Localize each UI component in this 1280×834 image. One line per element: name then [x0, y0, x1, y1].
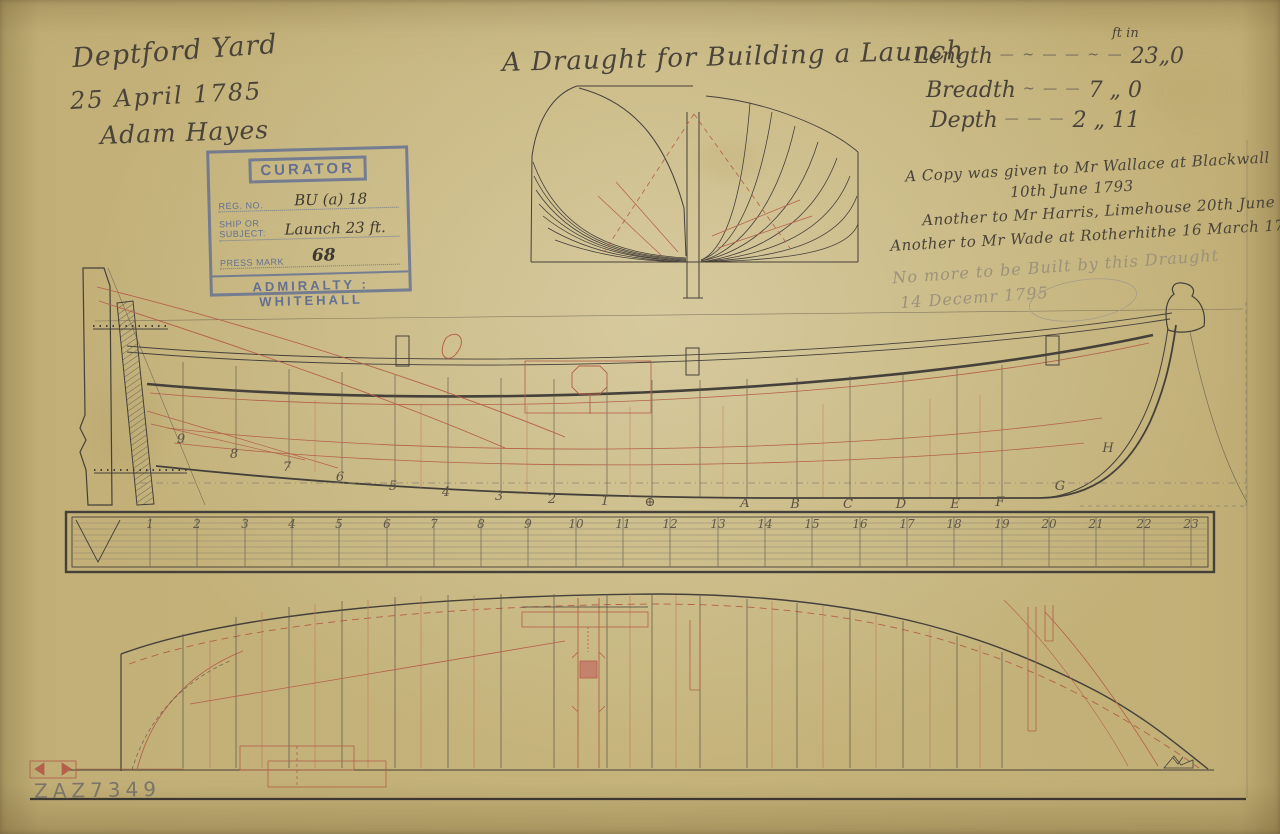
scale-number: 7: [430, 517, 438, 531]
scale-number: 12: [662, 517, 677, 531]
station-label-forward: B: [790, 497, 800, 512]
dimension-label: Depth: [930, 108, 998, 133]
stamp-press-label: Press Mark: [220, 256, 284, 268]
scale-number: 23: [1183, 517, 1198, 531]
stamp-subject-row: Ship or Subject: Launch 23 ft.: [219, 215, 400, 241]
stamp-reg-row: Reg. No. BU (a) 18: [218, 187, 398, 213]
station-label-forward: H: [1102, 441, 1113, 456]
dimension-label: Breadth: [926, 78, 1016, 103]
scale-number: 16: [852, 517, 867, 531]
dash-leader: ~ — —: [1023, 81, 1082, 97]
catalog-mark: ZAZ7349: [34, 777, 161, 803]
station-label-aft: 3: [495, 489, 503, 504]
scale-number: 15: [804, 517, 819, 531]
dimension-value: 23„0: [1131, 44, 1184, 69]
station-label-forward: G: [1055, 479, 1065, 494]
scale-number: 9: [524, 517, 532, 531]
curator-stamp: CURATOR Reg. No. BU (a) 18 Ship or Subje…: [206, 145, 412, 296]
body-plan-drawing: [531, 86, 858, 298]
principal-dimensions: ft in Length — ~ — — ~ — 23„0 Breadth ~ …: [900, 26, 1200, 136]
scale-number: 5: [335, 517, 343, 531]
station-label-aft: 8: [230, 447, 238, 462]
dimension-value: 7 „ 0: [1089, 78, 1142, 103]
dimension-row-length: Length — ~ — — ~ — 23„0: [914, 44, 1184, 69]
station-label-aft: 1: [601, 494, 609, 509]
scale-number: 3: [241, 517, 249, 531]
scale-number: 18: [946, 517, 961, 531]
station-label-aft: 5: [389, 479, 397, 494]
dash-leader: — ~ — — ~ —: [1000, 47, 1124, 63]
stamp-reg-label: Reg. No.: [218, 200, 263, 211]
stamp-reg-value: BU (a) 18: [263, 189, 399, 211]
scale-number: 10: [568, 517, 583, 531]
scale-number: 11: [615, 517, 630, 531]
scale-number: 2: [193, 517, 201, 531]
station-label-forward: A: [740, 496, 749, 511]
scale-number: 13: [710, 517, 725, 531]
scale-number: 21: [1088, 517, 1103, 531]
scale-number: 6: [383, 517, 391, 531]
station-label-aft: 2: [548, 492, 556, 507]
dash-leader: — — —: [1005, 111, 1066, 127]
stamp-press-value: 68: [284, 243, 400, 266]
station-label-aft: 9: [177, 432, 185, 447]
scale-number: 8: [477, 517, 485, 531]
scale-number: 20: [1041, 517, 1056, 531]
scale-number: 22: [1136, 517, 1151, 531]
draught-sheet: Deptford Yard 25 April 1785 Adam Hayes A…: [0, 0, 1280, 834]
station-label-midship: ⊕: [645, 495, 656, 510]
scale-number: 1: [146, 517, 154, 531]
curator-stamp-title: CURATOR: [260, 160, 355, 179]
station-label-forward: E: [950, 497, 960, 512]
station-label-forward: C: [843, 497, 853, 512]
scale-number: 17: [899, 517, 914, 531]
designer-signature: Adam Hayes: [100, 115, 270, 150]
station-label-aft: 4: [442, 485, 450, 500]
dimension-row-breadth: Breadth ~ — — 7 „ 0: [926, 78, 1142, 103]
station-label-aft: 6: [336, 470, 344, 485]
half-breadth-plan-drawing: [30, 594, 1214, 787]
station-label-aft: 7: [283, 460, 291, 475]
station-label-forward: F: [995, 495, 1004, 510]
stamp-subject-value: Launch 23 ft.: [271, 217, 399, 238]
scale-number: 4: [288, 517, 296, 531]
stamp-subject-label: Ship or Subject:: [219, 218, 272, 240]
stamp-press-row: Press Mark 68: [220, 243, 400, 269]
dimension-row-depth: Depth — — — 2 „ 11: [930, 108, 1140, 133]
dimension-value: 2 „ 11: [1073, 108, 1140, 133]
dimension-label: Length: [914, 44, 993, 69]
station-label-forward: D: [896, 497, 906, 512]
scale-number: 14: [757, 517, 772, 531]
scale-number: 19: [994, 517, 1009, 531]
curator-stamp-title-box: CURATOR: [248, 155, 367, 183]
dimension-unit-header: ft in: [1112, 26, 1139, 41]
stamp-footer: ADMIRALTY : WHITEHALL: [212, 270, 409, 312]
